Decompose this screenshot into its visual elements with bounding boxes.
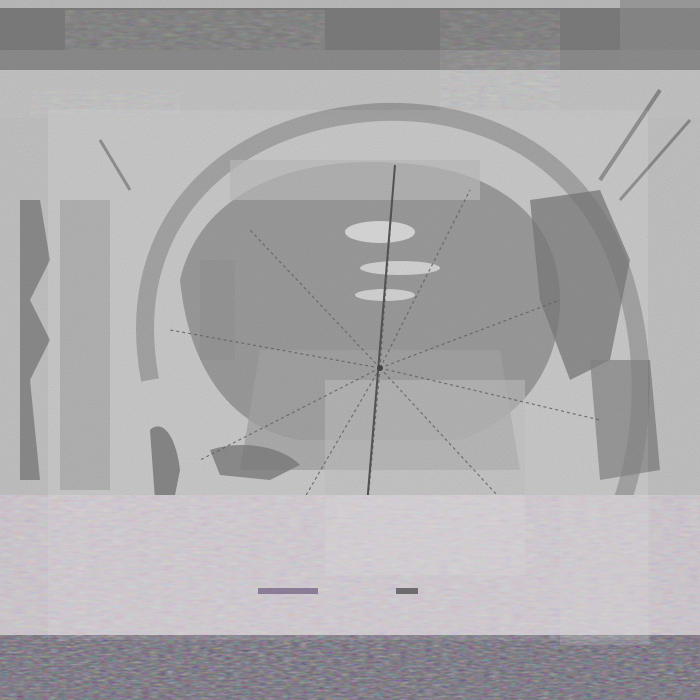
artwork-canvas [0, 0, 700, 700]
glitch-art-image [0, 0, 700, 700]
